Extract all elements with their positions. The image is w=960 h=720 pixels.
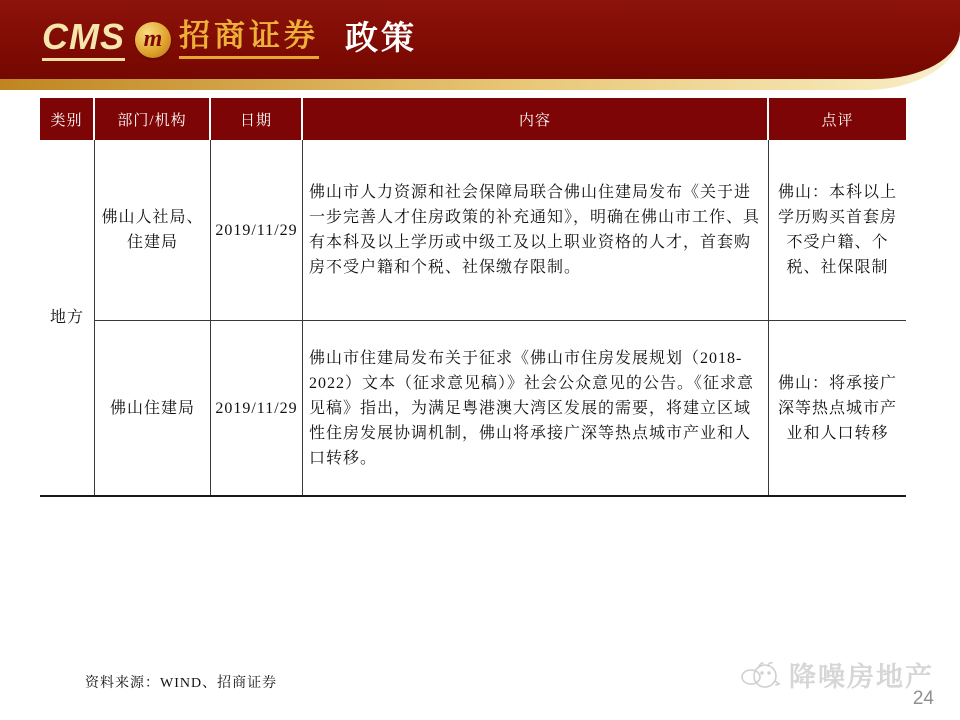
table-cell-dept: 佛山人社局、住建局 (95, 140, 211, 321)
cms-logo: CMS m 招商证券 (42, 19, 319, 61)
cms-logo-icon: m (135, 22, 171, 58)
table-cell-dept: 佛山住建局 (95, 321, 211, 495)
header-banner: CMS m 招商证券 政策 (0, 0, 960, 79)
column-header-category: 类别 (40, 98, 95, 140)
watermark-bird-icon (739, 659, 783, 691)
policy-table: 类别 部门/机构 日期 内容 点评 地方 佛山人社局、住建局 2019/11/2… (40, 98, 906, 497)
page-number: 24 (913, 688, 934, 710)
column-header-date: 日期 (211, 98, 303, 140)
cms-monogram: m (144, 27, 163, 51)
page-title: 政策 (345, 21, 417, 54)
cms-logo-chinese: 招商证券 (179, 20, 319, 59)
table-row: 佛山住建局 2019/11/29 佛山市住建局发布关于征求《佛山市住房发展规划（… (40, 321, 906, 495)
table-cell-category: 地方 (40, 140, 95, 495)
table-header-row: 类别 部门/机构 日期 内容 点评 (40, 98, 906, 140)
column-header-content: 内容 (303, 98, 769, 140)
cms-logo-text: CMS (42, 19, 125, 61)
source-note: 资料来源：WIND、招商证券 (85, 672, 277, 692)
banner-gold-stripe: CMS m 招商证券 政策 (0, 0, 960, 90)
table-cell-date: 2019/11/29 (211, 140, 303, 321)
table-cell-content: 佛山市人力资源和社会保障局联合佛山住建局发布《关于进一步完善人才住房政策的补充通… (303, 140, 769, 321)
watermark: 降噪房地产 (739, 655, 934, 694)
table-cell-comment: 佛山：本科以上学历购买首套房不受户籍、个税、社保限制 (769, 140, 906, 321)
table-cell-comment: 佛山：将承接广深等热点城市产业和人口转移 (769, 321, 906, 495)
column-header-comment: 点评 (769, 98, 906, 140)
table-row: 地方 佛山人社局、住建局 2019/11/29 佛山市人力资源和社会保障局联合佛… (40, 140, 906, 321)
column-header-dept: 部门/机构 (95, 98, 211, 140)
table-cell-date: 2019/11/29 (211, 321, 303, 495)
table-cell-content: 佛山市住建局发布关于征求《佛山市住房发展规划（2018-2022）文本（征求意见… (303, 321, 769, 495)
